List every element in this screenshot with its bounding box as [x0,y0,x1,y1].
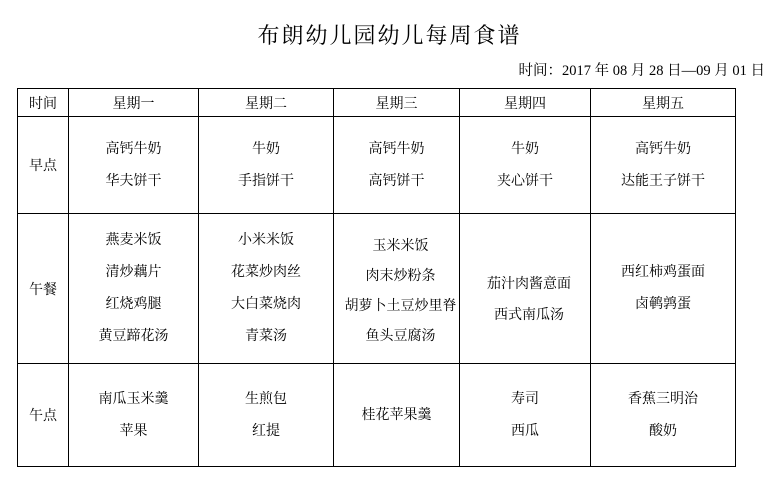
menu-line: 鱼头豆腐汤 [342,328,459,345]
snack-wednesday-cell: 桂花苹果羹 [334,364,460,467]
menu-line: 高钙牛奶 [334,141,459,158]
menu-line: 牛奶 [460,141,590,158]
lunch-thursday-cell: 茄汁肉酱意面西式南瓜汤 [460,214,591,364]
menu-line: 卤鹌鹑蛋 [591,296,735,313]
menu-line: 胡萝卜土豆炒里脊 [342,298,459,315]
header-wednesday: 星期三 [334,89,460,117]
snack-friday-cell: 香蕉三明治酸奶 [591,364,736,467]
header-tuesday: 星期二 [199,89,334,117]
menu-line: 大白菜烧肉 [199,296,333,313]
breakfast-monday-cell: 高钙牛奶华夫饼干 [69,117,199,214]
lunch-tuesday-cell: 小米米饭花菜炒肉丝大白菜烧肉青菜汤 [199,214,334,364]
breakfast-tuesday-cell: 牛奶手指饼干 [199,117,334,214]
header-friday: 星期五 [591,89,736,117]
menu-line: 华夫饼干 [69,173,198,190]
menu-line: 高钙牛奶 [69,141,198,158]
weekly-menu-table: 时间 星期一 星期二 星期三 星期四 星期五 早点 高钙牛奶华夫饼干 牛奶手指饼… [17,88,736,467]
lunch-friday-cell: 西红柿鸡蛋面卤鹌鹑蛋 [591,214,736,364]
menu-line: 生煎包 [199,391,333,408]
afternoon-snack-row: 午点 南瓜玉米羹苹果 生煎包红提 桂花苹果羹 寿司西瓜 香蕉三明治酸奶 [18,364,736,467]
menu-line: 红提 [199,423,333,440]
table-header-row: 时间 星期一 星期二 星期三 星期四 星期五 [18,89,736,117]
row-label-snack: 午点 [18,364,69,467]
menu-line: 香蕉三明治 [591,391,735,408]
menu-line: 高钙牛奶 [591,141,735,158]
breakfast-thursday-cell: 牛奶夹心饼干 [460,117,591,214]
menu-line: 南瓜玉米羹 [69,391,198,408]
menu-line: 玉米米饭 [342,238,459,255]
menu-line: 小米米饭 [199,232,333,249]
menu-line: 夹心饼干 [460,173,590,190]
lunch-wednesday-cell: 玉米米饭肉末炒粉条胡萝卜土豆炒里脊鱼头豆腐汤 [334,214,460,364]
menu-line: 花菜炒肉丝 [199,264,333,281]
menu-line: 青菜汤 [199,328,333,345]
row-label-lunch: 午餐 [18,214,69,364]
menu-line: 寿司 [460,391,590,408]
row-label-breakfast: 早点 [18,117,69,214]
header-monday: 星期一 [69,89,199,117]
menu-line: 桂花苹果羹 [334,407,459,424]
menu-line: 清炒藕片 [69,264,198,281]
breakfast-wednesday-cell: 高钙牛奶高钙饼干 [334,117,460,214]
page-title: 布朗幼儿园幼儿每周食谱 [0,19,779,50]
menu-line: 西式南瓜汤 [468,307,590,324]
menu-line: 红烧鸡腿 [69,296,198,313]
snack-tuesday-cell: 生煎包红提 [199,364,334,467]
menu-line: 达能王子饼干 [591,173,735,190]
menu-line: 黄豆蹄花汤 [69,328,198,345]
menu-line: 高钙饼干 [334,173,459,190]
menu-line: 苹果 [69,423,198,440]
lunch-monday-cell: 燕麦米饭清炒藕片红烧鸡腿黄豆蹄花汤 [69,214,199,364]
date-range: 时间：2017 年 08 月 28 日—09 月 01 日 [0,59,779,80]
menu-line: 牛奶 [199,141,333,158]
snack-monday-cell: 南瓜玉米羹苹果 [69,364,199,467]
header-thursday: 星期四 [460,89,591,117]
snack-thursday-cell: 寿司西瓜 [460,364,591,467]
menu-line: 燕麦米饭 [69,232,198,249]
menu-line: 酸奶 [591,423,735,440]
breakfast-friday-cell: 高钙牛奶达能王子饼干 [591,117,736,214]
lunch-row: 午餐 燕麦米饭清炒藕片红烧鸡腿黄豆蹄花汤 小米米饭花菜炒肉丝大白菜烧肉青菜汤 玉… [18,214,736,364]
menu-line: 西瓜 [460,423,590,440]
header-time: 时间 [18,89,69,117]
menu-line: 手指饼干 [199,173,333,190]
menu-line: 茄汁肉酱意面 [468,276,590,293]
breakfast-row: 早点 高钙牛奶华夫饼干 牛奶手指饼干 高钙牛奶高钙饼干 牛奶夹心饼干 高钙牛奶达… [18,117,736,214]
menu-line: 肉末炒粉条 [342,268,459,285]
menu-line: 西红柿鸡蛋面 [591,264,735,281]
